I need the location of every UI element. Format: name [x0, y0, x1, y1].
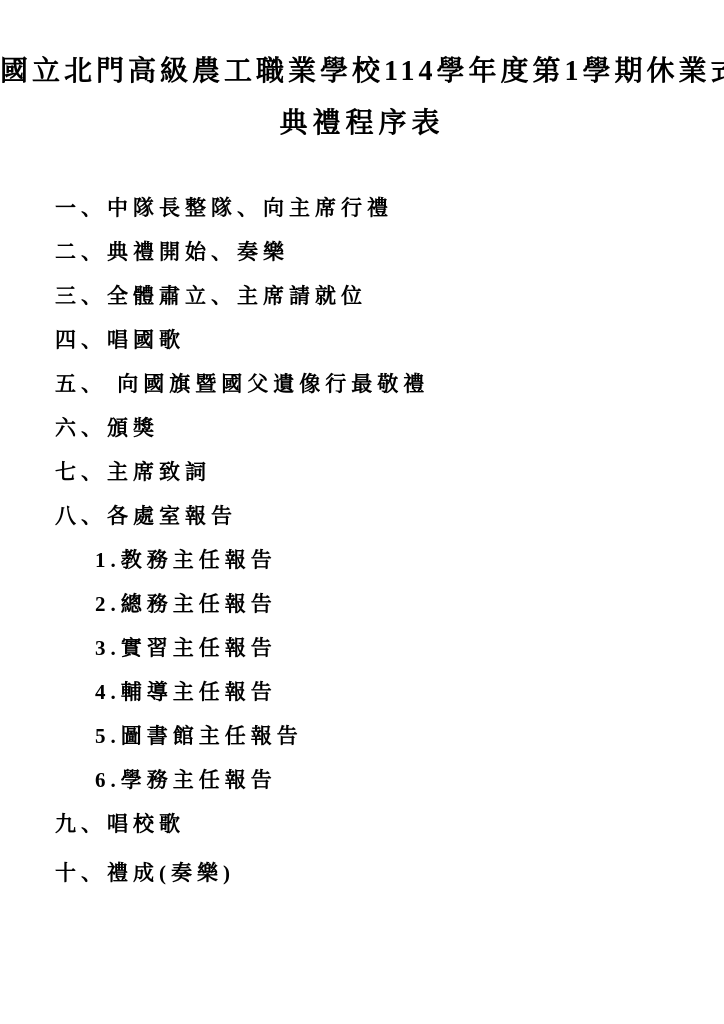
program-subitem-3: 3.實習主任報告 — [95, 637, 724, 659]
program-item-1: 一、中隊長整隊、向主席行禮 — [55, 197, 724, 219]
program-item-10: 十、禮成(奏樂) — [55, 862, 724, 884]
program-item-5: 五、 向國旗暨國父遺像行最敬禮 — [55, 373, 724, 395]
program-item-2: 二、典禮開始、奏樂 — [55, 241, 724, 263]
program-item-8: 八、各處室報告 — [55, 505, 724, 527]
program-subitem-2: 2.總務主任報告 — [95, 593, 724, 615]
document-title-line2: 典禮程序表 — [0, 108, 724, 140]
program-item-3: 三、全體肅立、主席請就位 — [55, 285, 724, 307]
program-list: 一、中隊長整隊、向主席行禮 二、典禮開始、奏樂 三、全體肅立、主席請就位 四、唱… — [55, 197, 724, 884]
program-subitem-4: 4.輔導主任報告 — [95, 681, 724, 703]
document-page: 國立北門高級農工職業學校114學年度第1學期休業式 典禮程序表 一、中隊長整隊、… — [0, 0, 724, 1024]
program-item-9: 九、唱校歌 — [55, 813, 724, 835]
program-subitem-1: 1.教務主任報告 — [95, 549, 724, 571]
program-subitem-6: 6.學務主任報告 — [95, 769, 724, 791]
program-item-7: 七、主席致詞 — [55, 461, 724, 483]
program-subitem-5: 5.圖書館主任報告 — [95, 725, 724, 747]
document-title-line1: 國立北門高級農工職業學校114學年度第1學期休業式 — [0, 56, 724, 88]
program-item-4: 四、唱國歌 — [55, 329, 724, 351]
program-item-6: 六、頒獎 — [55, 417, 724, 439]
